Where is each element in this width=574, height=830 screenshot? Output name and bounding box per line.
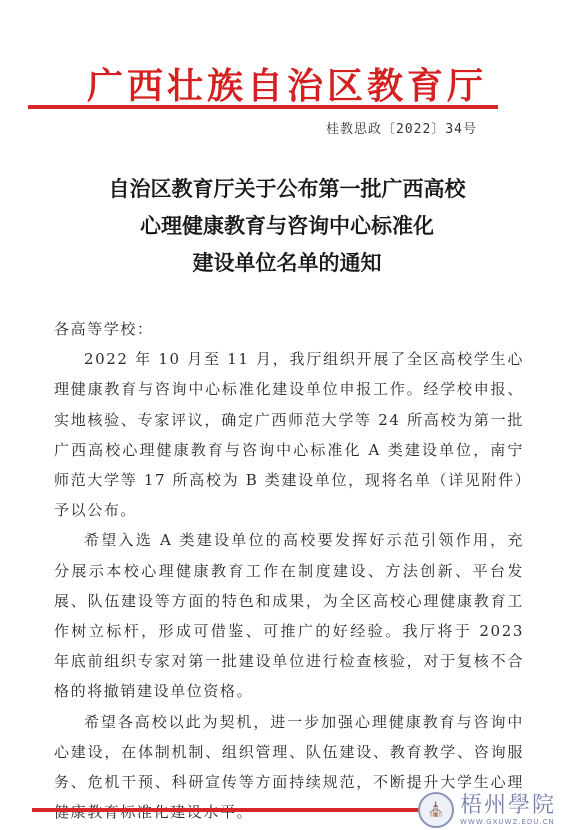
- document-number: 桂教思政〔2022〕34号: [326, 118, 477, 137]
- footer-red-rule: [32, 808, 452, 812]
- title-line: 建设单位名单的通知: [0, 244, 574, 281]
- watermark-text: 梧州學院 WWW.GXUWZ.EDU.CN: [460, 794, 556, 826]
- university-seal-icon: ⛪: [418, 792, 454, 828]
- title-line: 自治区教育厅关于公布第一批广西高校: [0, 170, 574, 207]
- watermark-url: WWW.GXUWZ.EDU.CN: [460, 818, 556, 826]
- watermark-name: 梧州學院: [460, 794, 556, 818]
- document-title: 自治区教育厅关于公布第一批广西高校 心理健康教育与咨询中心标准化 建设单位名单的…: [0, 170, 574, 281]
- title-line: 心理健康教育与咨询中心标准化: [0, 207, 574, 244]
- document-body: 各高等学校： 2022 年 10 月至 11 月，我厅组织开展了全区高校学生心理…: [54, 314, 524, 827]
- salutation: 各高等学校：: [54, 314, 524, 344]
- header-red-rule: [28, 105, 498, 109]
- issuer-masthead: 广西壮族自治区教育厅: [0, 58, 574, 109]
- paragraph: 2022 年 10 月至 11 月，我厅组织开展了全区高校学生心理健康教育与咨询…: [54, 344, 524, 525]
- paragraph: 希望入选 A 类建设单位的高校要发挥好示范引领作用，充分展示本校心理健康教育工作…: [54, 525, 524, 706]
- watermark-logo: ⛪ 梧州學院 WWW.GXUWZ.EDU.CN: [418, 790, 574, 830]
